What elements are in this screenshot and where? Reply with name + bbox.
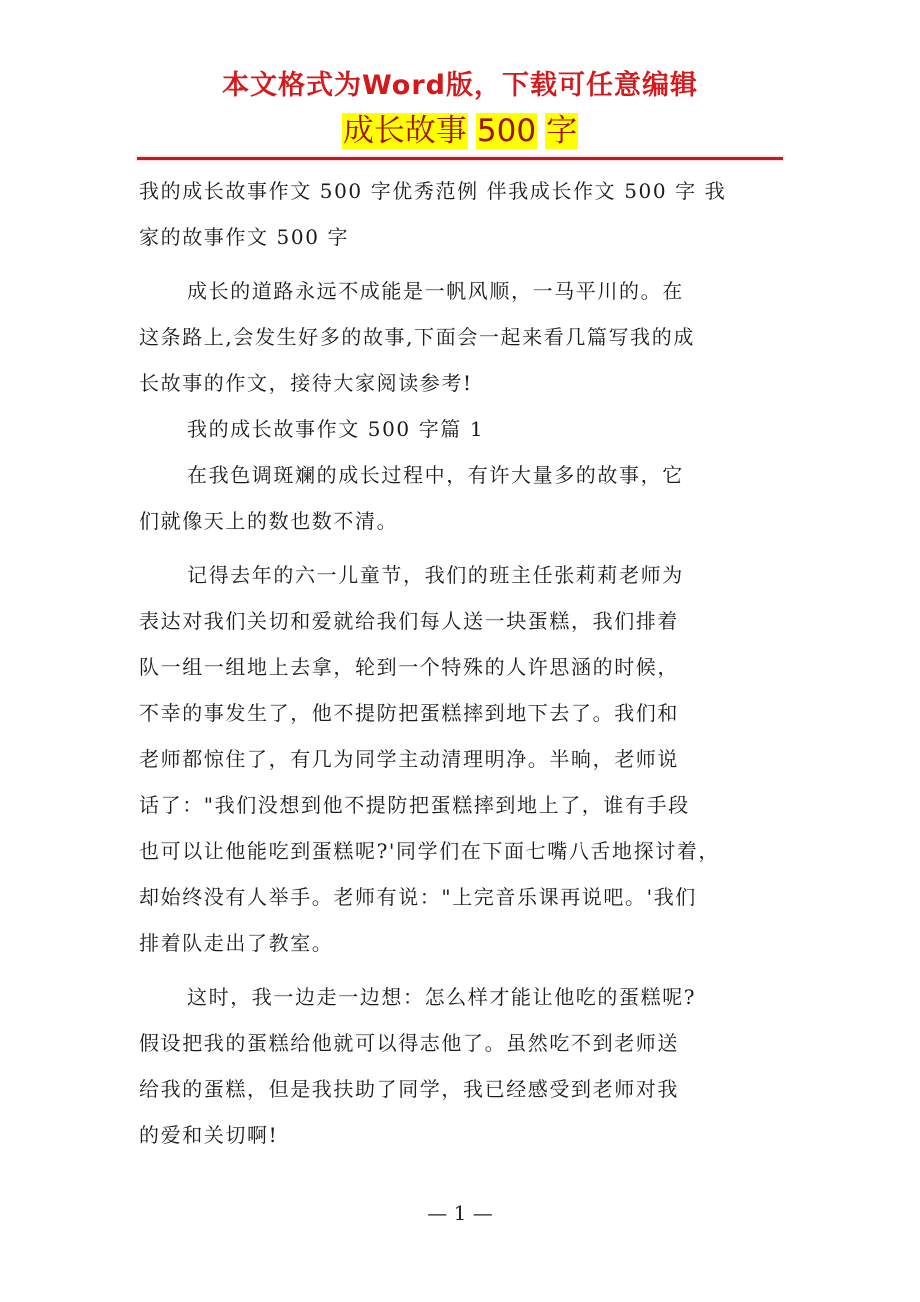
body-line: 我的成长故事作文 500 字优秀范例 伴我成长作文 500 字 我 [139,168,785,214]
body-line: 不幸的事发生了，他不提防把蛋糕摔到地下去了。我们和 [139,690,785,736]
title-divider-rule [137,157,783,160]
body-line: 家的故事作文 500 字 [139,214,785,260]
body-line: 给我的蛋糕，但是我扶助了同学，我已经感受到老师对我 [139,1066,785,1112]
title-highlight-segment: 字 [545,113,578,149]
document-page: 本文格式为Word版，下载可任意编辑 成长故事500字 我的成长故事作文 500… [0,0,920,1302]
body-line: 假设把我的蛋糕给他就可以得志他了。虽然吃不到老师送 [139,1020,785,1066]
section-heading: 我的成长故事作文 500 字篇 1 [139,406,785,452]
body-line: 队一组一组地上去拿，轮到一个特殊的人许思涵的时候， [139,644,785,690]
format-notice: 本文格式为Word版，下载可任意编辑 [0,68,920,104]
body-line: 表达对我们关切和爱就给我们每人送一块蛋糕，我们排着 [139,598,785,644]
body-line: 这条路上,会发生好多的故事,下面会一起来看几篇写我的成 [139,314,785,360]
document-body: 我的成长故事作文 500 字优秀范例 伴我成长作文 500 字 我 家的故事作文… [139,168,785,1158]
body-line: 也可以让他能吃到蛋糕呢?'同学们在下面七嘴八舌地探讨着， [139,828,785,874]
body-line: 却始终没有人举手。老师有说："上完音乐课再说吧。'我们 [139,874,785,920]
body-line: 长故事的作文，接待大家阅读参考! [139,360,785,406]
body-line: 记得去年的六一儿童节，我们的班主任张莉莉老师为 [139,552,785,598]
body-line: 话了："我们没想到他不提防把蛋糕摔到地上了，谁有手段 [139,782,785,828]
body-line: 在我色调斑斓的成长过程中，有许大量多的故事，它 [139,452,785,498]
title-highlight-segment: 成长故事 [342,113,468,149]
page-number: — 1 — [0,1198,920,1228]
body-line: 的爱和关切啊! [139,1112,785,1158]
body-line: 这时，我一边走一边想：怎么样才能让他吃的蛋糕呢? [139,974,785,1020]
body-line: 们就像天上的数也数不清。 [139,498,785,544]
document-title: 成长故事500字 [0,109,920,153]
title-highlight-segment: 500 [476,113,537,149]
body-line: 成长的道路永远不成能是一帆风顺，一马平川的。在 [139,268,785,314]
body-line: 老师都惊住了，有几为同学主动清理明净。半晌，老师说 [139,736,785,782]
body-line: 排着队走出了教室。 [139,920,785,966]
